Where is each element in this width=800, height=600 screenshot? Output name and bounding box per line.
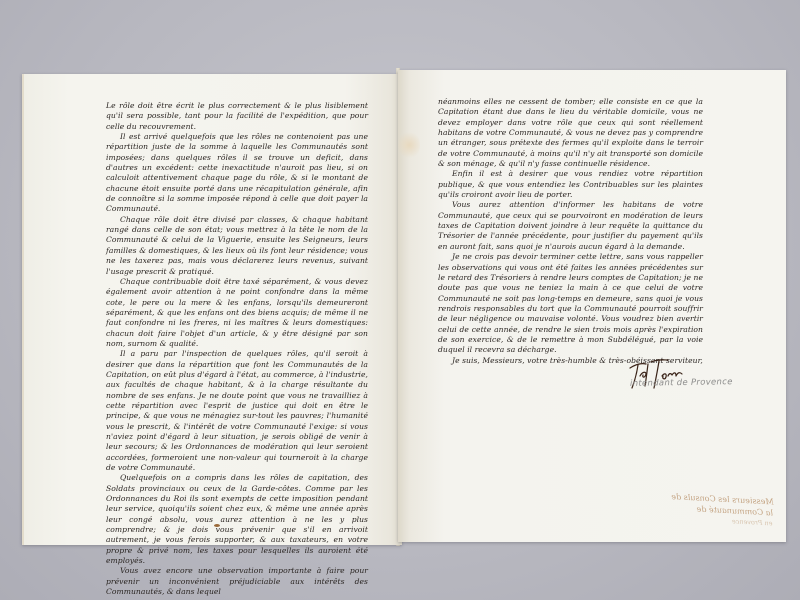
right-page-text: néanmoins elles ne cessent de tomber; el… bbox=[438, 97, 703, 366]
paragraph: Vous avez encore une observation importa… bbox=[106, 566, 368, 597]
left-page: Le rôle doit être écrit le plus correcte… bbox=[22, 74, 402, 545]
paragraph: Chaque rôle doit être divisé par classes… bbox=[106, 215, 368, 277]
paragraph: Il a paru par l'inspection de quelques r… bbox=[106, 349, 368, 473]
pencil-annotation: intendant de Provence bbox=[630, 377, 733, 389]
paragraph: Il est arrivé quelquefois que les rôles … bbox=[106, 132, 368, 215]
paragraph: Le rôle doit être écrit le plus correcte… bbox=[106, 101, 368, 132]
paragraph: Enfin il est à desirer que vous rendiez … bbox=[438, 169, 703, 200]
foxing-stain bbox=[398, 130, 420, 160]
paragraph: néanmoins elles ne cessent de tomber; el… bbox=[438, 97, 703, 169]
left-page-text: Le rôle doit être écrit le plus correcte… bbox=[106, 101, 368, 598]
bleed-through-text: Messieurs les Consuls de la Communauté d… bbox=[602, 488, 774, 535]
paragraph: Quelquefois on a compris dans les rôles … bbox=[106, 473, 368, 566]
paragraph: Vous aurez attention d'informer les habi… bbox=[438, 200, 703, 252]
right-page: néanmoins elles ne cessent de tomber; el… bbox=[398, 70, 786, 542]
paragraph: Je ne crois pas devoir terminer cette le… bbox=[438, 252, 703, 355]
paragraph: Chaque contribuable doit être taxé sépar… bbox=[106, 277, 368, 349]
